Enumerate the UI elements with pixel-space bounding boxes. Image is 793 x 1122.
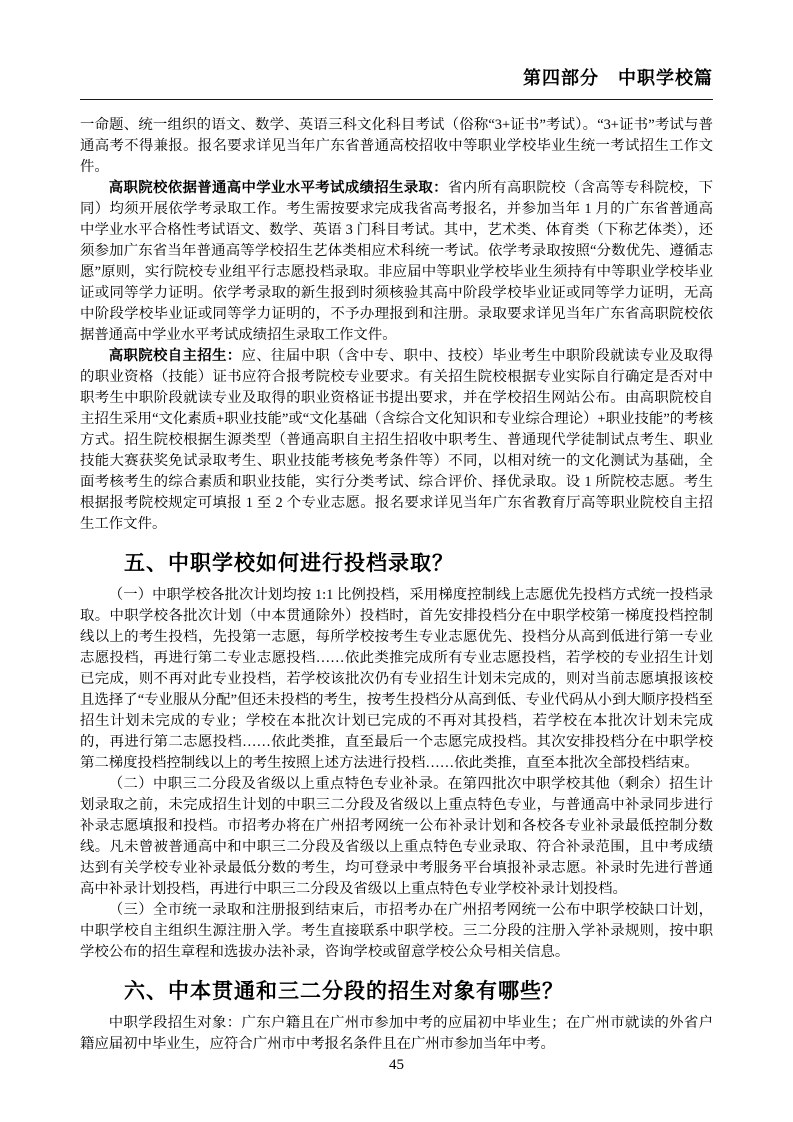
running-header: 第四部分 中职学校篇 [80, 66, 713, 99]
paragraph-zizhu-text: 应、往届中职（含中专、职中、技校）毕业考生中职阶段就读专业及取得的职业资格（技能… [80, 348, 713, 532]
heading-section-five: 五、中职学校如何进行投档录取？ [80, 550, 713, 578]
paragraph-xuekao-lead: 高职院校依据普通高中学业水平考试成绩招生录取： [109, 180, 448, 196]
page-number: 45 [0, 1056, 793, 1074]
paragraph-six-intro: 中职学段招生对象：广东户籍且在广州市参加中考的应届初中毕业生；在广州市就读的外省… [80, 1013, 713, 1055]
page-body: 一命题、统一组织的语文、数学、英语三科文化科目考试（俗称“3+证书”考试）。“3… [80, 115, 713, 1055]
page-content-frame: 第四部分 中职学校篇 一命题、统一组织的语文、数学、英语三科文化科目考试（俗称“… [80, 66, 713, 1055]
paragraph-xuekao-admission: 高职院校依据普通高中学业水平考试成绩招生录取：省内所有高职院校（含高等专科院校，… [80, 178, 713, 346]
paragraph-3cert-continuation: 一命题、统一组织的语文、数学、英语三科文化科目考试（俗称“3+证书”考试）。“3… [80, 115, 713, 178]
paragraph-five-item-3: （三）全市统一录取和注册报到结束后，市招考办在广州招考网统一公布中职学校缺口计划… [80, 900, 713, 963]
paragraph-five-item-2: （二）中职三二分段及省级以上重点特色专业补录。在第四批次中职学校其他（剩余）招生… [80, 774, 713, 900]
document-page: 第四部分 中职学校篇 一命题、统一组织的语文、数学、英语三科文化科目考试（俗称“… [0, 0, 793, 1122]
paragraph-five-item-1: （一）中职学校各批次计划均按 1:1 比例投档，采用梯度控制线上志愿优先投档方式… [80, 585, 713, 774]
heading-section-six: 六、中本贯通和三二分段的招生对象有哪些？ [80, 978, 713, 1006]
header-rule [80, 99, 713, 100]
paragraph-zizhu-admission: 高职院校自主招生：应、往届中职（含中专、职中、技校）毕业考生中职阶段就读专业及取… [80, 346, 713, 535]
paragraph-zizhu-lead: 高职院校自主招生： [109, 348, 242, 364]
paragraph-xuekao-text: 省内所有高职院校（含高等专科院校，下同）均须开展依学考录取工作。考生需按要求完成… [80, 180, 713, 343]
